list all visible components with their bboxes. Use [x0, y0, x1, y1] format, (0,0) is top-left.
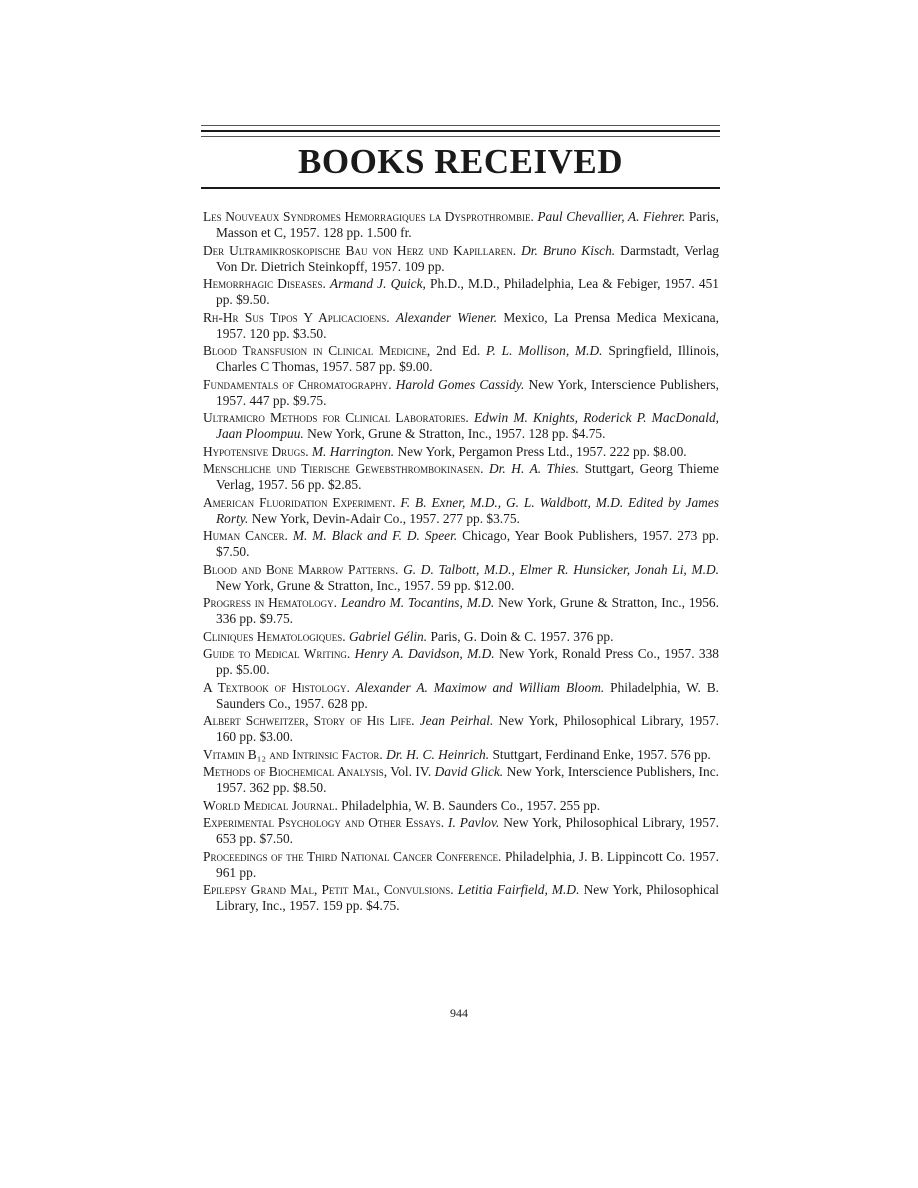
book-entry: Albert Schweitzer, Story of His Life. Je… — [203, 713, 719, 745]
page-number: 944 — [0, 1006, 918, 1021]
book-entry: A Textbook of Histology. Alexander A. Ma… — [203, 680, 719, 712]
book-authors: Harold Gomes Cassidy. — [396, 377, 525, 392]
book-title: Fundamentals of Chromatography. — [203, 377, 392, 392]
book-title: Hemorrhagic Diseases. — [203, 276, 326, 291]
book-authors: Dr. H. C. Heinrich. — [386, 747, 489, 762]
book-authors: M. M. Black and F. D. Speer. — [293, 528, 457, 543]
book-title: Methods of Biochemical Analysis, — [203, 764, 387, 779]
book-authors: Dr. H. A. Thies. — [489, 461, 579, 476]
book-title: A Textbook of Histology. — [203, 680, 350, 695]
book-title: Les Nouveaux Syndromes Hemorragiques la … — [203, 209, 534, 224]
book-title: Proceedings of the Third National Cancer… — [203, 849, 501, 864]
book-details: Paris, G. Doin & C. 1957. 376 pp. — [430, 629, 613, 644]
book-entry: Blood and Bone Marrow Patterns. G. D. Ta… — [203, 562, 719, 594]
top-rule-thick — [201, 130, 720, 132]
book-entry: Experimental Psychology and Other Essays… — [203, 815, 719, 847]
book-title: Guide to Medical Writing. — [203, 646, 350, 661]
book-entry: Ultramicro Methods for Clinical Laborato… — [203, 410, 719, 442]
book-authors: Letitia Fairfield, M.D. — [458, 882, 580, 897]
book-entry: Les Nouveaux Syndromes Hemorragiques la … — [203, 209, 719, 241]
book-authors: Henry A. Davidson, M.D. — [355, 646, 495, 661]
book-entry: Menschliche und Tierische Gewebsthrombok… — [203, 461, 719, 493]
book-authors: David Glick. — [435, 764, 504, 779]
book-authors: Paul Chevallier, A. Fiehrer. — [537, 209, 685, 224]
book-details: New York, Devin-Adair Co., 1957. 277 pp.… — [252, 511, 520, 526]
book-title: Albert Schweitzer, Story of His Life. — [203, 713, 415, 728]
book-entry: Blood Transfusion in Clinical Medicine, … — [203, 343, 719, 375]
book-entry: Rh-Hr Sus Tipos Y Aplicacioens. Alexande… — [203, 310, 719, 342]
book-entry: World Medical Journal. Philadelphia, W. … — [203, 798, 719, 814]
book-title: Ultramicro Methods for Clinical Laborato… — [203, 410, 469, 425]
book-title: American Fluoridation Experiment. — [203, 495, 395, 510]
book-title: Vitamin B₁₂ and Intrinsic Factor. — [203, 747, 383, 762]
book-details: New York, Pergamon Press Ltd., 1957. 222… — [397, 444, 686, 459]
book-entry: Fundamentals of Chromatography. Harold G… — [203, 377, 719, 409]
book-authors: Jean Peirhal. — [420, 713, 494, 728]
book-list: Les Nouveaux Syndromes Hemorragiques la … — [203, 209, 719, 916]
book-entry: Der Ultramikroskopische Bau von Herz und… — [203, 243, 719, 275]
book-details: 2nd Ed. — [436, 343, 480, 358]
book-authors: G. D. Talbott, M.D., Elmer R. Hunsicker,… — [403, 562, 719, 577]
book-title: Blood Transfusion in Clinical Medicine, — [203, 343, 430, 358]
book-title: Blood and Bone Marrow Patterns. — [203, 562, 398, 577]
book-details: New York, Grune & Stratton, Inc., 1957. … — [307, 426, 605, 441]
book-details: Stuttgart, Ferdinand Enke, 1957. 576 pp. — [492, 747, 710, 762]
book-authors: Alexander Wiener. — [396, 310, 497, 325]
title-underline-rule — [201, 187, 720, 189]
book-authors: Armand J. Quick, — [330, 276, 426, 291]
book-entry: Proceedings of the Third National Cancer… — [203, 849, 719, 881]
book-entry: Hypotensive Drugs. M. Harrington. New Yo… — [203, 444, 719, 460]
book-title: Rh-Hr Sus Tipos Y Aplicacioens. — [203, 310, 390, 325]
book-entry: Progress in Hematology. Leandro M. Tocan… — [203, 595, 719, 627]
page-title: BOOKS RECEIVED — [201, 140, 720, 184]
book-entry: Epilepsy Grand Mal, Petit Mal, Convulsio… — [203, 882, 719, 914]
book-entry: Human Cancer. M. M. Black and F. D. Spee… — [203, 528, 719, 560]
book-details: Philadelphia, W. B. Saunders Co., 1957. … — [341, 798, 600, 813]
top-rule-thin-lower — [201, 136, 720, 137]
book-title: Hypotensive Drugs. — [203, 444, 309, 459]
book-entry: American Fluoridation Experiment. F. B. … — [203, 495, 719, 527]
book-entry: Methods of Biochemical Analysis, Vol. IV… — [203, 764, 719, 796]
book-details: New York, Grune & Stratton, Inc., 1957. … — [216, 578, 514, 593]
book-details: Chicago, Year Book Publishers, 1957. 273… — [216, 528, 719, 559]
book-title: Der Ultramikroskopische Bau von Herz und… — [203, 243, 516, 258]
book-authors: M. Harrington. — [312, 444, 394, 459]
book-title: Epilepsy Grand Mal, Petit Mal, Convulsio… — [203, 882, 454, 897]
book-authors: I. Pavlov. — [448, 815, 499, 830]
book-entry: Cliniques Hematologiques. Gabriel Gélin.… — [203, 629, 719, 645]
book-title: Cliniques Hematologiques. — [203, 629, 346, 644]
book-details: Vol. IV. — [390, 764, 431, 779]
book-title: Experimental Psychology and Other Essays… — [203, 815, 444, 830]
book-entry: Guide to Medical Writing. Henry A. David… — [203, 646, 719, 678]
book-title: Menschliche und Tierische Gewebsthrombok… — [203, 461, 483, 476]
top-rule-thin — [201, 125, 720, 126]
book-title: Progress in Hematology. — [203, 595, 337, 610]
book-authors: P. L. Mollison, M.D. — [486, 343, 602, 358]
book-entry: Vitamin B₁₂ and Intrinsic Factor. Dr. H.… — [203, 747, 719, 763]
book-authors: Alexander A. Maximow and William Bloom. — [356, 680, 605, 695]
book-entry: Hemorrhagic Diseases. Armand J. Quick, P… — [203, 276, 719, 308]
book-authors: Gabriel Gélin. — [349, 629, 427, 644]
book-authors: Dr. Bruno Kisch. — [521, 243, 615, 258]
book-authors: Leandro M. Tocantins, M.D. — [341, 595, 494, 610]
book-title: World Medical Journal. — [203, 798, 338, 813]
book-title: Human Cancer. — [203, 528, 288, 543]
